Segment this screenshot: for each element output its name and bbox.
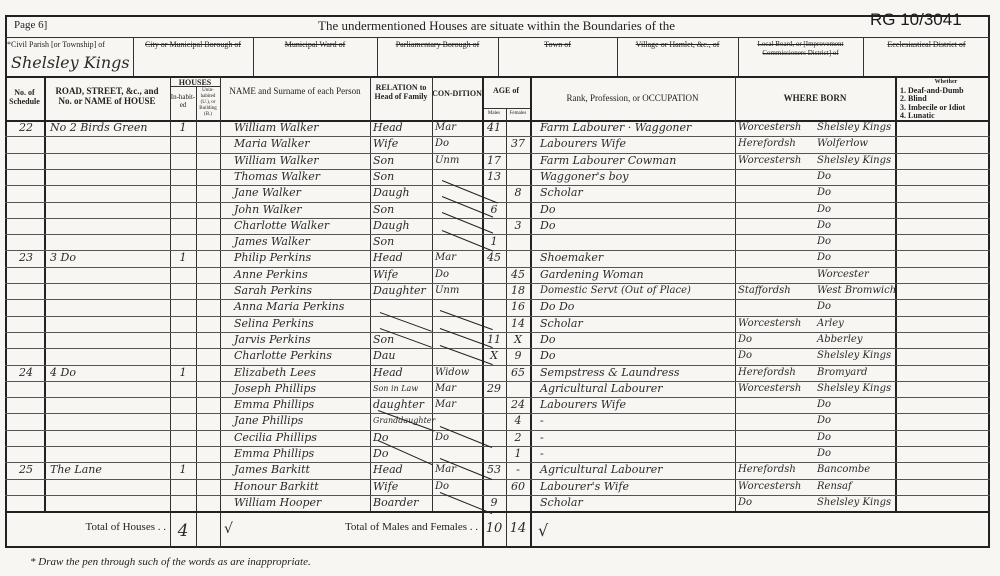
boundary-field-0: *Civil Parish [or Township] ofShelsley K… <box>5 37 133 76</box>
occupation: Scholar <box>540 496 735 510</box>
condition: Widow <box>435 366 481 380</box>
occupation: Scholar <box>540 317 735 331</box>
born-place: Worcester <box>817 268 895 282</box>
occupation: Labourer's Wife <box>540 480 735 494</box>
relation: Wife <box>373 480 431 494</box>
divider <box>498 37 499 76</box>
relation: Wife <box>373 268 431 282</box>
female-age: 37 <box>506 137 530 151</box>
divider <box>863 37 864 76</box>
person-name: John Walker <box>234 203 374 217</box>
person-name: Charlotte Perkins <box>234 349 374 363</box>
condition: Do <box>435 137 481 151</box>
page-title: The undermentioned Houses are situate wi… <box>318 18 675 34</box>
total-houses-label: Total of Houses . . <box>44 521 166 533</box>
born-county: Worcestersh <box>738 480 818 494</box>
born-county: Do <box>738 496 818 510</box>
born-county: Staffordsh <box>738 284 818 298</box>
occupation: Sempstress & Laundress <box>540 366 735 380</box>
person-name: Anna Maria Perkins <box>234 300 374 314</box>
born-place: Shelsley Kings <box>817 121 895 135</box>
born-place: Do <box>817 186 895 200</box>
inhabited-count: 1 <box>170 251 196 265</box>
relation: Head <box>373 366 431 380</box>
total-females-value: 14 <box>506 521 530 536</box>
born-county: Worcestersh <box>738 154 818 168</box>
total-houses-check: √ <box>224 521 244 537</box>
schedule-number: 22 <box>9 121 43 135</box>
female-age: 14 <box>506 317 530 331</box>
relation: Daugh <box>373 219 431 233</box>
total-houses-value: 4 <box>170 521 196 541</box>
boundary-label: Parliamentary Borough of <box>379 40 496 49</box>
born-place: Do <box>817 414 895 428</box>
born-county: Herefordsh <box>738 137 818 151</box>
relation: Daugh <box>373 186 431 200</box>
condition: Unm <box>435 154 481 168</box>
schedule-number: 25 <box>9 463 43 477</box>
female-age: 18 <box>506 284 530 298</box>
female-age: 60 <box>506 480 530 494</box>
relation: Son <box>373 154 431 168</box>
born-place: Do <box>817 431 895 445</box>
road-name: 3 Do <box>50 251 168 265</box>
person-name: James Barkitt <box>234 463 374 477</box>
relation: Wife <box>373 137 431 151</box>
born-place: Do <box>817 251 895 265</box>
boundary-label: City or Municipal Borough of <box>135 40 251 49</box>
occupation: Domestic Servt (Out of Place) <box>540 284 735 298</box>
born-county: Do <box>738 349 818 363</box>
relation: daughter <box>373 398 431 412</box>
boundary-label: Village or Hamlet, &c., of <box>619 40 736 49</box>
header-name: NAME and Surname of each Person <box>228 86 362 96</box>
relation: Boarder <box>373 496 431 510</box>
born-place: Wolferlow <box>817 137 895 151</box>
occupation: Agricultural Labourer <box>540 382 735 396</box>
born-place: Shelsley Kings <box>817 349 895 363</box>
relation: Head <box>373 463 431 477</box>
schedule-number: 24 <box>9 366 43 380</box>
occupation: Gardening Woman <box>540 268 735 282</box>
occupation: Do <box>540 349 735 363</box>
boundary-label: *Civil Parish [or Township] of <box>7 40 131 49</box>
occupation: Labourers Wife <box>540 398 735 412</box>
condition: Mar <box>435 398 481 412</box>
occupation: - <box>540 414 735 428</box>
road-name: 4 Do <box>50 366 168 380</box>
header-road: ROAD, STREET, &c., and No. or NAME of HO… <box>48 86 166 106</box>
header-where-born: WHERE BORN <box>735 93 895 103</box>
male-age: 13 <box>482 170 506 184</box>
occupation: Do <box>540 333 735 347</box>
road-name: No 2 Birds Green <box>50 121 168 135</box>
divider <box>617 37 618 76</box>
boundary-label: Local Board, or [Improvement Commissione… <box>740 40 861 58</box>
born-place: Shelsley Kings <box>817 496 895 510</box>
occupation: - <box>540 447 735 461</box>
person-name: Anne Perkins <box>234 268 374 282</box>
female-age: 65 <box>506 366 530 380</box>
relation: Son <box>373 235 431 249</box>
header-inhabited: In-habit-ed <box>170 93 196 109</box>
male-age: 53 <box>482 463 506 477</box>
divider <box>170 86 220 87</box>
occupation: Farm Labourer · Waggoner <box>540 121 735 135</box>
person-name: William Walker <box>234 121 374 135</box>
person-name: Honour Barkitt <box>234 480 374 494</box>
boundary-label: Ecclesiastical District of <box>865 40 988 49</box>
person-name: Charlotte Walker <box>234 219 374 233</box>
divider <box>5 76 990 78</box>
female-age: 8 <box>506 186 530 200</box>
male-age: 17 <box>482 154 506 168</box>
inhabited-count: 1 <box>170 366 196 380</box>
total-persons-check: √ <box>538 521 558 540</box>
occupation: Labourers Wife <box>540 137 735 151</box>
born-county: Herefordsh <box>738 366 818 380</box>
total-males-value: 10 <box>482 521 506 536</box>
born-county: Worcestersh <box>738 317 818 331</box>
occupation: Scholar <box>540 186 735 200</box>
female-age: 9 <box>506 349 530 363</box>
female-age: - <box>506 463 530 477</box>
person-name: Jane Walker <box>234 186 374 200</box>
born-place: Do <box>817 447 895 461</box>
female-age: 2 <box>506 431 530 445</box>
boundary-label: Town of <box>500 40 615 49</box>
born-place: Do <box>817 398 895 412</box>
occupation: Do <box>540 219 735 233</box>
relation: Son <box>373 203 431 217</box>
born-place: Abberley <box>817 333 895 347</box>
boundary-value: Shelsley Kings <box>11 53 130 72</box>
born-place: Shelsley Kings <box>817 154 895 168</box>
born-county: Herefordsh <box>738 463 818 477</box>
person-name: Sarah Perkins <box>234 284 374 298</box>
inhabited-count: 1 <box>170 121 196 135</box>
born-place: Arley <box>817 317 895 331</box>
boundary-label: Municipal Ward of <box>255 40 375 49</box>
occupation: - <box>540 431 735 445</box>
born-place: Do <box>817 300 895 314</box>
male-age: 41 <box>482 121 506 135</box>
male-age: 29 <box>482 382 506 396</box>
boundary-field-5: Village or Hamlet, &c., of <box>617 37 738 76</box>
road-name: The Lane <box>50 463 168 477</box>
person-name: Philip Perkins <box>234 251 374 265</box>
footnote: * Draw the pen through such of the words… <box>30 556 311 568</box>
header-age: AGE of <box>482 86 530 95</box>
person-name: James Walker <box>234 235 374 249</box>
person-name: Jane Phillips <box>234 414 374 428</box>
female-age: 3 <box>506 219 530 233</box>
person-name: Joseph Phillips <box>234 382 374 396</box>
female-age: X <box>506 333 530 347</box>
occupation: Waggoner's boy <box>540 170 735 184</box>
person-name: Emma Phillips <box>234 447 374 461</box>
person-name: Cecilia Phillips <box>234 431 374 445</box>
male-age: 9 <box>482 496 506 510</box>
relation: Son in Law <box>373 382 431 396</box>
condition: Mar <box>435 251 481 265</box>
boundary-field-3: Parliamentary Borough of <box>377 37 498 76</box>
inhabited-count: 1 <box>170 463 196 477</box>
schedule-number: 23 <box>9 251 43 265</box>
condition: Unm <box>435 284 481 298</box>
header-condition: CON-DITION <box>432 89 482 98</box>
born-place: Bancombe <box>817 463 895 477</box>
person-name: William Hooper <box>234 496 374 510</box>
born-county: Do <box>738 333 818 347</box>
born-place: West Bromwich <box>817 284 895 298</box>
female-age: 1 <box>506 447 530 461</box>
born-place: Shelsley Kings <box>817 382 895 396</box>
person-name: Maria Walker <box>234 137 374 151</box>
boundary-field-6: Local Board, or [Improvement Commissione… <box>738 37 863 76</box>
female-age: 45 <box>506 268 530 282</box>
born-place: Do <box>817 203 895 217</box>
divider <box>133 37 134 76</box>
occupation: Agricultural Labourer <box>540 463 735 477</box>
male-age: 45 <box>482 251 506 265</box>
occupation: Farm Labourer Cowman <box>540 154 735 168</box>
condition: Do <box>435 268 481 282</box>
person-name: Selina Perkins <box>234 317 374 331</box>
relation: Head <box>373 121 431 135</box>
relation: Dau <box>373 349 431 363</box>
person-name: Jarvis Perkins <box>234 333 374 347</box>
born-county: Worcestersh <box>738 121 818 135</box>
header-females: Females <box>506 111 530 117</box>
header-infirmity: Whether1. Deaf-and-Dumb2. Blind3. Imbeci… <box>900 78 992 121</box>
boundary-field-7: Ecclesiastical District of <box>863 37 990 76</box>
relation: Son <box>373 170 431 184</box>
divider <box>253 37 254 76</box>
born-place: Do <box>817 235 895 249</box>
born-place: Do <box>817 170 895 184</box>
born-place: Bromyard <box>817 366 895 380</box>
occupation: Do <box>540 203 735 217</box>
person-name: Thomas Walker <box>234 170 374 184</box>
header-schedule: No. of Schedule <box>5 88 44 106</box>
occupation: Do Do <box>540 300 735 314</box>
relation: Daughter <box>373 284 431 298</box>
page-label: Page 6] <box>14 19 47 31</box>
person-name: Emma Phillips <box>234 398 374 412</box>
born-place: Rensaf <box>817 480 895 494</box>
header-males: Males <box>482 111 506 117</box>
female-age: 16 <box>506 300 530 314</box>
boundary-field-4: Town of <box>498 37 617 76</box>
person-name: Elizabeth Lees <box>234 366 374 380</box>
total-persons-label: Total of Males and Females . . <box>300 521 478 533</box>
header-uninhabited: Unin-habited (U.), or Building (B.) <box>196 88 220 118</box>
condition: Mar <box>435 121 481 135</box>
divider <box>377 37 378 76</box>
female-age: 4 <box>506 414 530 428</box>
boundary-field-1: City or Municipal Borough of <box>133 37 253 76</box>
born-place: Do <box>817 219 895 233</box>
female-age: 24 <box>506 398 530 412</box>
header-occupation: Rank, Profession, or OCCUPATION <box>530 93 735 103</box>
divider <box>738 37 739 76</box>
born-county: Worcestersh <box>738 382 818 396</box>
relation: Head <box>373 251 431 265</box>
person-name: William Walker <box>234 154 374 168</box>
condition: Mar <box>435 382 481 396</box>
boundary-field-2: Municipal Ward of <box>253 37 377 76</box>
header-relation: RELATION to Head of Family <box>370 83 432 101</box>
occupation: Shoemaker <box>540 251 735 265</box>
